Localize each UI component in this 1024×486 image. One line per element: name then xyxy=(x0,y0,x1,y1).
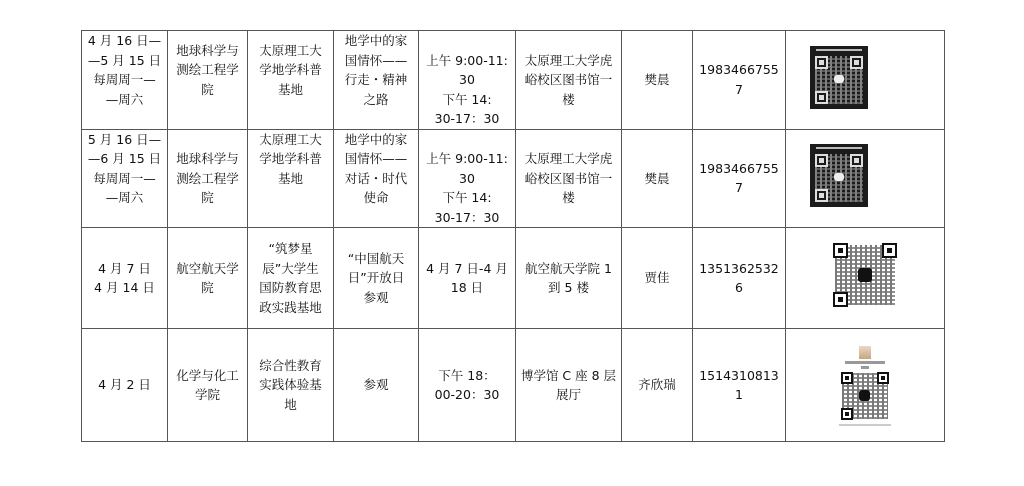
base-cell: 太原理工大学地学科普基地 xyxy=(248,129,334,228)
table-row: 4 月 16 日——5 月 15 日每周周一——周六 地球科学与测绘工程学院 太… xyxy=(82,31,945,130)
base-cell: 太原理工大学地学科普基地 xyxy=(248,31,334,130)
location-cell: 博学馆 C 座 8 层展厅 xyxy=(516,329,622,442)
time-cell: 上午 9:00-11:30下午 14:30-17：30 xyxy=(419,129,516,228)
activity-schedule-table: 4 月 16 日——5 月 15 日每周周一——周六 地球科学与测绘工程学院 太… xyxy=(81,30,945,442)
contact-cell: 樊晨 xyxy=(622,129,693,228)
wechat-qr-code-icon[interactable] xyxy=(833,243,897,307)
table-row: 4 月 7 日4 月 14 日 航空航天学院 “筑梦星辰”大学生国防教育思政实践… xyxy=(82,228,945,329)
phone-cell: 19834667557 xyxy=(693,31,786,130)
group-avatar-icon xyxy=(859,346,871,359)
location-cell: 太原理工大学虎峪校区图书馆一楼 xyxy=(516,129,622,228)
qr-cell xyxy=(786,228,945,329)
base-cell: 综合性教育实践体验基地 xyxy=(248,329,334,442)
college-cell: 航空航天学院 xyxy=(168,228,248,329)
activity-cell: 地学中的家国情怀——对话・时代使命 xyxy=(334,129,419,228)
date-cell: 4 月 16 日——5 月 15 日每周周一——周六 xyxy=(82,31,168,130)
group-name-caption-line2 xyxy=(861,366,869,369)
qr-cell xyxy=(786,129,945,228)
wechat-logo-icon xyxy=(858,268,872,282)
wechat-qr-code-icon xyxy=(841,372,889,420)
group-name-caption xyxy=(845,361,885,364)
contact-cell: 齐欣瑞 xyxy=(622,329,693,442)
time-cell: 4 月 7 日-4 月18 日 xyxy=(419,228,516,329)
activity-cell: 参观 xyxy=(334,329,419,442)
date-cell: 4 月 2 日 xyxy=(82,329,168,442)
date-cell: 4 月 7 日4 月 14 日 xyxy=(82,228,168,329)
location-cell: 航空航天学院 1到 5 楼 xyxy=(516,228,622,329)
qr-cell xyxy=(786,329,945,442)
activity-cell: 地学中的家国情怀——行走・精神之路 xyxy=(334,31,419,130)
college-cell: 化学与化工学院 xyxy=(168,329,248,442)
wechat-qr-code-icon[interactable] xyxy=(810,144,868,207)
table-row: 5 月 16 日——6 月 15 日每周周一——周六 地球科学与测绘工程学院 太… xyxy=(82,129,945,228)
base-cell: “筑梦星辰”大学生国防教育思政实践基地 xyxy=(248,228,334,329)
wechat-qr-code-icon[interactable] xyxy=(810,46,868,109)
college-cell: 地球科学与测绘工程学院 xyxy=(168,129,248,228)
activity-cell: “中国航天日”开放日参观 xyxy=(334,228,419,329)
wechat-logo-icon xyxy=(859,390,870,401)
location-cell: 太原理工大学虎峪校区图书馆一楼 xyxy=(516,31,622,130)
wechat-logo-icon xyxy=(834,173,844,181)
contact-cell: 樊晨 xyxy=(622,31,693,130)
date-cell: 5 月 16 日——6 月 15 日每周周一——周六 xyxy=(82,129,168,228)
contact-cell: 贾佳 xyxy=(622,228,693,329)
time-cell: 下午 18：00-20：30 xyxy=(419,329,516,442)
time-cell: 上午 9:00-11:30下午 14:30-17：30 xyxy=(419,31,516,130)
qr-footer-caption xyxy=(839,424,891,426)
college-cell: 地球科学与测绘工程学院 xyxy=(168,31,248,130)
phone-cell: 13513625326 xyxy=(693,228,786,329)
phone-cell: 19834667557 xyxy=(693,129,786,228)
phone-cell: 15143108131 xyxy=(693,329,786,442)
qr-cell xyxy=(786,31,945,130)
wechat-group-qr-card[interactable] xyxy=(839,346,891,426)
table-row: 4 月 2 日 化学与化工学院 综合性教育实践体验基地 参观 下午 18：00-… xyxy=(82,329,945,442)
wechat-logo-icon xyxy=(834,75,844,83)
